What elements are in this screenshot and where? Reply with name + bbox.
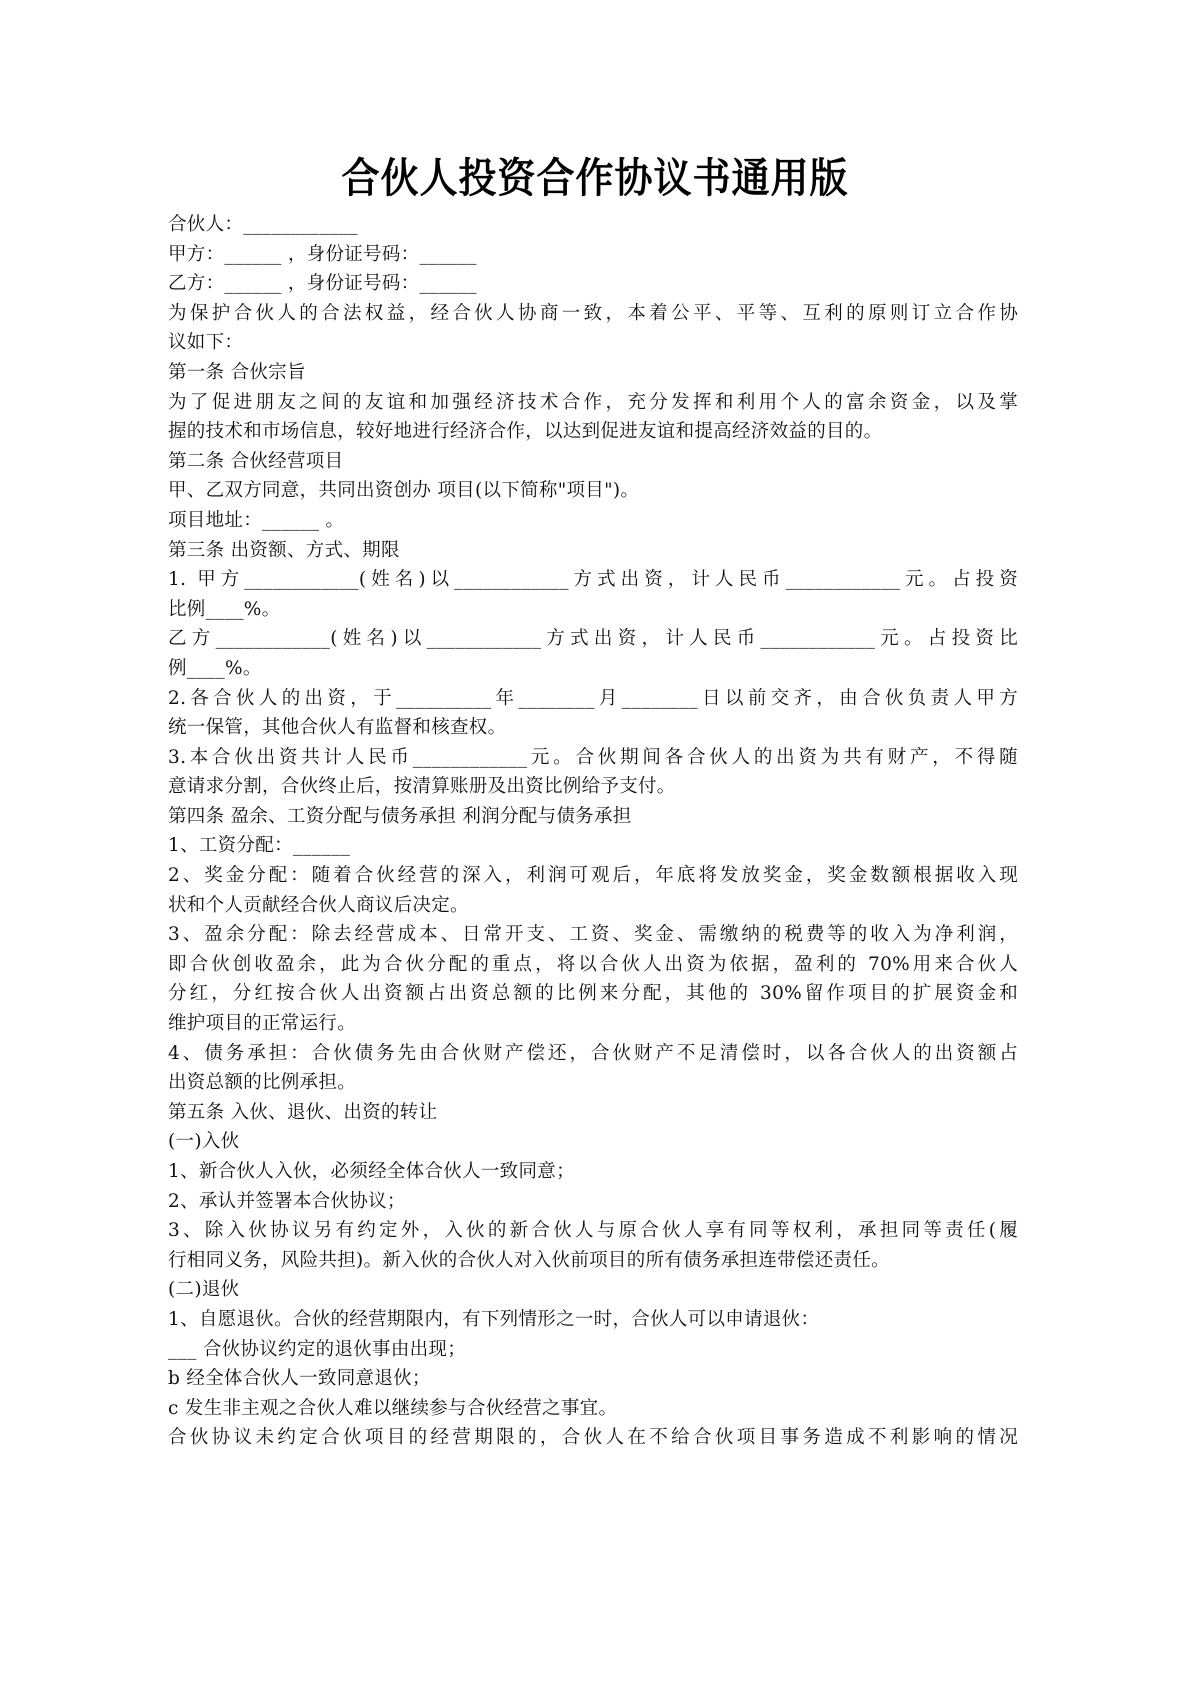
document-line: 甲、乙双方同意，共同出资创办 项目(以下简称"项目")。	[168, 476, 1018, 506]
document-line: 3、除入伙协议另有约定外，入伙的新合伙人与原合伙人享有同等权利，承担同等责任(履	[168, 1216, 1018, 1246]
document-line: 第四条 盈余、工资分配与债务承担 利润分配与债务承担	[168, 802, 1018, 832]
document-line: 1、工资分配：______	[168, 831, 1018, 861]
document-line: 4、债务承担：合伙债务先由合伙财产偿还，合伙财产不足清偿时，以各合伙人的出资额占	[168, 1039, 1018, 1069]
document-line: 意请求分割，合伙终止后，按清算账册及出资比例给予支付。	[168, 772, 1018, 802]
document-line: 项目地址：______ 。	[168, 506, 1018, 536]
document-line: 第二条 合伙经营项目	[168, 447, 1018, 477]
document-line: 乙方____________(姓名)以____________方式出资，计人民币…	[168, 624, 1018, 654]
document-line: (一)入伙	[168, 1127, 1018, 1157]
document-line: 第一条 合伙宗旨	[168, 358, 1018, 388]
document-line: 第三条 出资额、方式、期限	[168, 536, 1018, 566]
document-line: 即合伙创收盈余，此为合伙分配的重点，将以合伙人出资为依据，盈利的 70%用来合伙…	[168, 950, 1018, 980]
document-line: 为了促进朋友之间的友谊和加强经济技术合作，充分发挥和利用个人的富余资金，以及掌	[168, 388, 1018, 418]
document-line: 出资总额的比例承担。	[168, 1068, 1018, 1098]
document-line: b 经全体合伙人一致同意退伙；	[168, 1364, 1018, 1394]
document-line: 状和个人贡献经合伙人商议后决定。	[168, 891, 1018, 921]
document-title: 合伙人投资合作协议书通用版	[0, 150, 1190, 206]
document-line: 第五条 入伙、退伙、出资的转让	[168, 1098, 1018, 1128]
document-body: 合伙人：____________甲方：______ ，身份证号码：______乙…	[168, 210, 1018, 1453]
document-line: ___ 合伙协议约定的退伙事由出现；	[168, 1335, 1018, 1365]
document-line: 合伙协议未约定合伙项目的经营期限的，合伙人在不给合伙项目事务造成不利影响的情况	[168, 1423, 1018, 1453]
document-line: 比例____%。	[168, 595, 1018, 625]
document-line: 2、承认并签署本合伙协议；	[168, 1187, 1018, 1217]
document-line: 甲方：______ ，身份证号码：______	[168, 240, 1018, 270]
document-line: 3、盈余分配：除去经营成本、日常开支、工资、奖金、需缴纳的税费等的收入为净利润，	[168, 920, 1018, 950]
document-line: 1、自愿退伙。合伙的经营期限内，有下列情形之一时，合伙人可以申请退伙：	[168, 1305, 1018, 1335]
document-line: 维护项目的正常运行。	[168, 1009, 1018, 1039]
document-line: 乙方：______ ，身份证号码：______	[168, 269, 1018, 299]
document-line: 统一保管，其他合伙人有监督和核查权。	[168, 713, 1018, 743]
document-line: 分红，分红按合伙人出资额占出资总额的比例来分配，其他的 30%留作项目的扩展资金…	[168, 979, 1018, 1009]
document-line: 3.本合伙出资共计人民币____________元。合伙期间各合伙人的出资为共有…	[168, 743, 1018, 773]
document-line: 议如下：	[168, 328, 1018, 358]
document-line: 例____%。	[168, 654, 1018, 684]
document-line: 1、新合伙人入伙，必须经全体合伙人一致同意；	[168, 1157, 1018, 1187]
document-page: 合伙人投资合作协议书通用版 合伙人：____________甲方：______ …	[0, 0, 1190, 1683]
document-line: 1. 甲方____________(姓名)以____________方式出资，计…	[168, 565, 1018, 595]
document-line: 握的技术和市场信息，较好地进行经济合作，以达到促进友谊和提高经济效益的目的。	[168, 417, 1018, 447]
document-line: (二)退伙	[168, 1275, 1018, 1305]
document-line: 2、奖金分配：随着合伙经营的深入，利润可观后，年底将发放奖金，奖金数额根据收入现	[168, 861, 1018, 891]
document-line: 合伙人：____________	[168, 210, 1018, 240]
document-line: 为保护合伙人的合法权益，经合伙人协商一致，本着公平、平等、互利的原则订立合作协	[168, 299, 1018, 329]
document-line: 行相同义务，风险共担)。新入伙的合伙人对入伙前项目的所有债务承担连带偿还责任。	[168, 1246, 1018, 1276]
document-line: c 发生非主观之合伙人难以继续参与合伙经营之事宜。	[168, 1394, 1018, 1424]
document-line: 2.各合伙人的出资，于__________年________月________日…	[168, 684, 1018, 714]
